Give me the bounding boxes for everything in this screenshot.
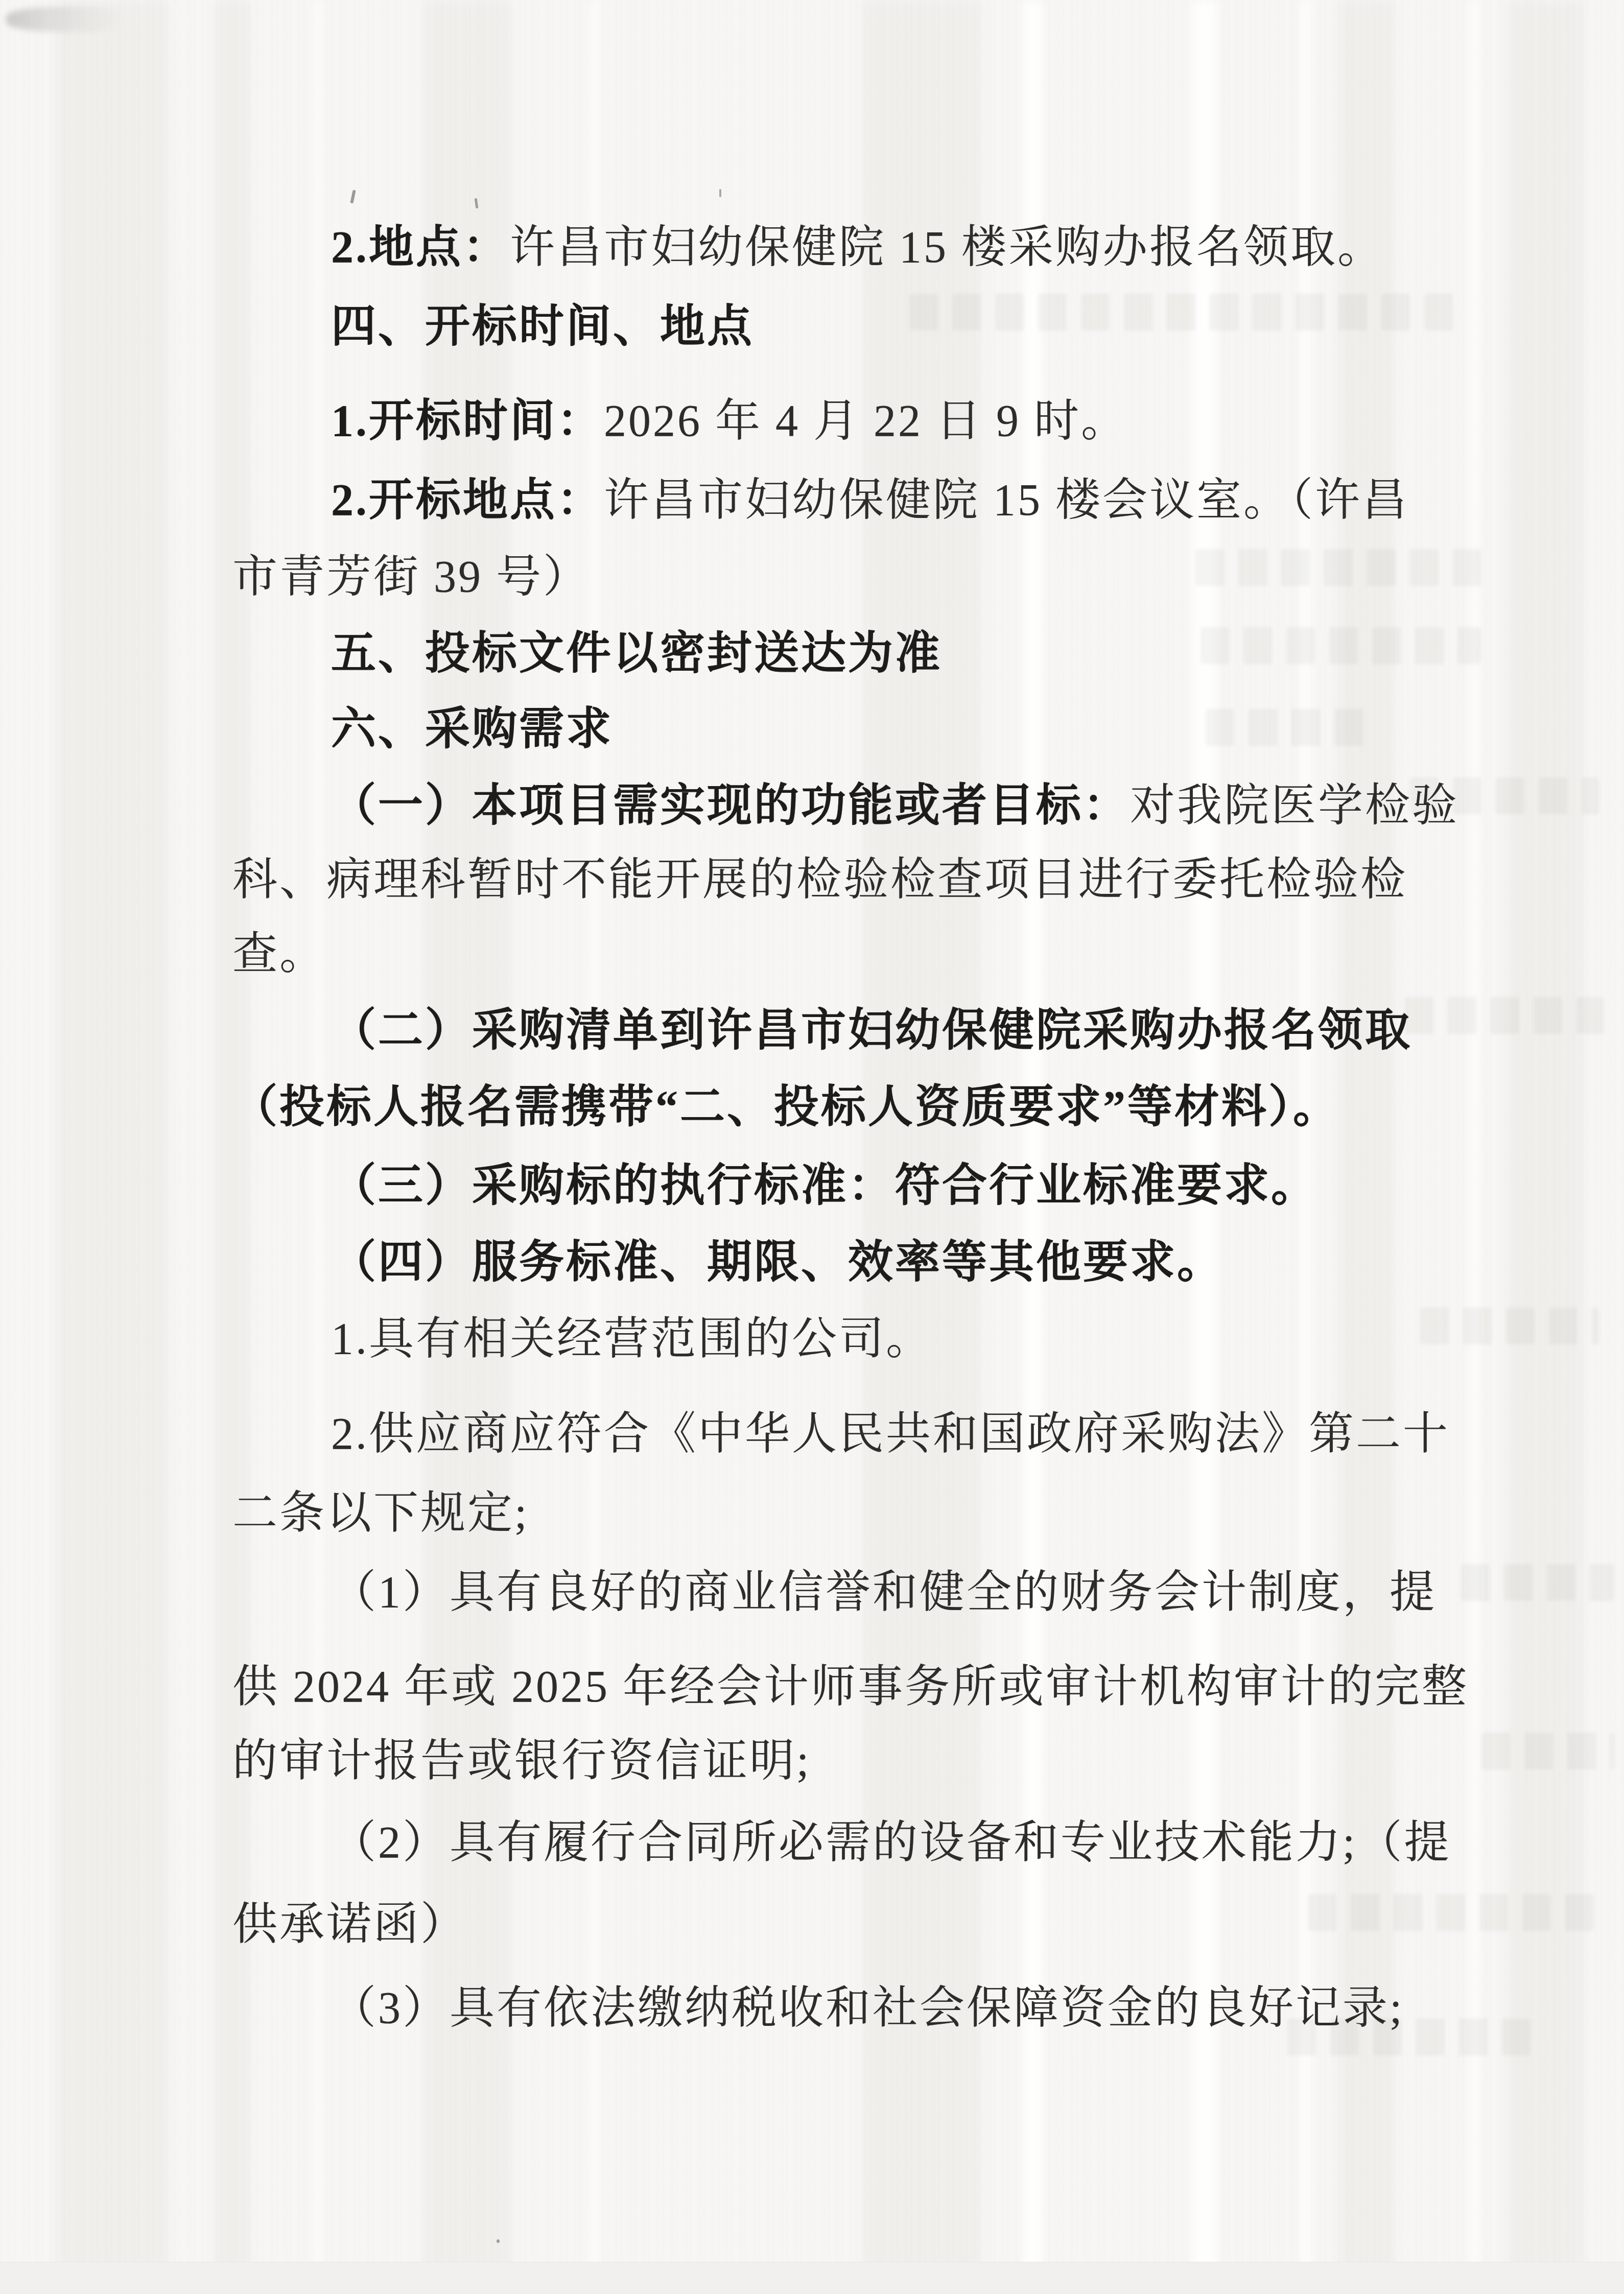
scanned-document-page: 2.地点：许昌市妇幼保健院 15 楼采购办报名领取。 四、开标时间、地点 1.开… [0,0,1624,2294]
document-line: 市青芳街 39 号） [232,547,590,608]
line-text: （3）具有依法缴纳税收和社会保障资金的良好记录; [331,1983,1404,2033]
document-line: 供 2024 年或 2025 年经会计师事务所或审计机构审计的完整 [232,1657,1469,1718]
document-line: （3）具有依法缴纳税收和社会保障资金的良好记录; [331,1978,1404,2039]
document-line: 供承诺函） [232,1894,467,1955]
line-label: 2.开标地点： [331,476,604,525]
bleed-through-row [1206,709,1374,746]
line-text: 供 2024 年或 2025 年经会计师事务所或审计机构审计的完整 [232,1662,1469,1712]
line-text: （2）具有履行合同所必需的设备和专业技术能力;（提 [331,1818,1451,1867]
scan-streak-light [1301,0,1311,2294]
corner-smudge [6,7,134,32]
document-line: （1）具有良好的商业信誉和健全的财务会计制度，提 [331,1562,1437,1623]
line-text: （1）具有良好的商业信誉和健全的财务会计制度，提 [331,1568,1437,1617]
line-text: 2.供应商应符合《中华人民共和国政府采购法》第二十 [331,1409,1450,1459]
document-line: 查。 [232,924,326,985]
scan-bottom-strip [0,2262,1624,2294]
line-text: （四）服务标准、期限、效率等其他要求。 [331,1238,1224,1287]
line-text: 查。 [232,929,326,979]
bleed-through-row [1405,997,1604,1034]
line-label: （一）本项目需实现的功能或者目标： [331,781,1130,831]
line-text: 2026 年 4 月 22 日 9 时。 [604,396,1128,446]
scan-speck [350,190,356,204]
bleed-through-row [1420,1308,1599,1344]
scan-streak-light [1470,0,1478,2294]
bleed-through-row [1195,549,1492,586]
scan-streak-dark [1338,0,1395,2294]
document-line: 2.开标地点：许昌市妇幼保健院 15 楼会议室。（许昌 [331,470,1409,531]
document-line: （三）采购标的执行标准：符合行业标准要求。 [331,1155,1318,1217]
line-text: 四、开标时间、地点 [331,302,754,351]
scan-streak-dark [863,0,981,2294]
document-line: 1.具有相关经营范围的公司。 [331,1309,933,1370]
line-text: 市青芳街 39 号） [232,552,590,602]
line-text: 科、病理科暂时不能开展的检验检查项目进行委托检验检 [232,855,1407,905]
bleed-through-row [1308,1894,1594,1931]
document-line: 2.地点：许昌市妇幼保健院 15 楼采购办报名领取。 [331,217,1384,278]
bleed-through-row [1481,1733,1614,1769]
document-line: （一）本项目需实现的功能或者目标：对我院医学检验 [331,775,1459,837]
line-text: 许昌市妇幼保健院 15 楼会议室。（许昌 [604,476,1409,525]
scan-speck [719,189,721,197]
line-text: （三）采购标的执行标准：符合行业标准要求。 [331,1161,1318,1211]
line-text: 供承诺函） [232,1900,467,1949]
line-text: （投标人报名需携带“二、投标人资质要求”等材料）。 [232,1082,1340,1132]
line-label: 1.开标时间： [331,396,604,446]
bleed-through-row [1201,627,1481,664]
document-heading: 六、采购需求 [331,699,613,760]
document-line: （投标人报名需携带“二、投标人资质要求”等材料）。 [232,1077,1340,1138]
line-text: 六、采购需求 [331,704,613,754]
document-line: 科、病理科暂时不能开展的检验检查项目进行委托检验检 [232,849,1407,911]
line-text: （二）采购清单到许昌市妇幼保健院采购办报名领取 [331,1006,1412,1055]
line-text: 对我院医学检验 [1130,781,1459,831]
line-label: 2.地点： [331,223,510,272]
document-line: 1.开标时间：2026 年 4 月 22 日 9 时。 [331,391,1128,452]
bleed-through-row [1461,1564,1614,1601]
document-line: 二条以下规定; [232,1483,529,1544]
document-line: （2）具有履行合同所必需的设备和专业技术能力;（提 [331,1812,1451,1874]
document-heading: 五、投标文件以密封送达为准 [331,623,942,684]
document-line: 的审计报告或银行资信证明; [232,1731,811,1792]
scan-speck [497,2239,500,2243]
line-text: 五、投标文件以密封送达为准 [331,629,942,678]
document-line: 2.供应商应符合《中华人民共和国政府采购法》第二十 [331,1404,1450,1465]
line-text: 二条以下规定; [232,1488,529,1538]
document-heading: 四、开标时间、地点 [331,296,754,358]
scan-streak-dark [56,0,169,2294]
line-text: 1.具有相关经营范围的公司。 [331,1314,933,1364]
document-line: （四）服务标准、期限、效率等其他要求。 [331,1232,1224,1293]
line-text: 的审计报告或银行资信证明; [232,1736,811,1786]
scan-streak-light [1023,0,1043,2294]
scan-streak-light [1192,0,1217,2294]
bleed-through-row [909,294,1461,330]
scan-streak-dark [1507,0,1584,2294]
line-text: 许昌市妇幼保健院 15 楼采购办报名领取。 [510,223,1384,272]
document-line: （二）采购清单到许昌市妇幼保健院采购办报名领取 [331,1000,1412,1061]
